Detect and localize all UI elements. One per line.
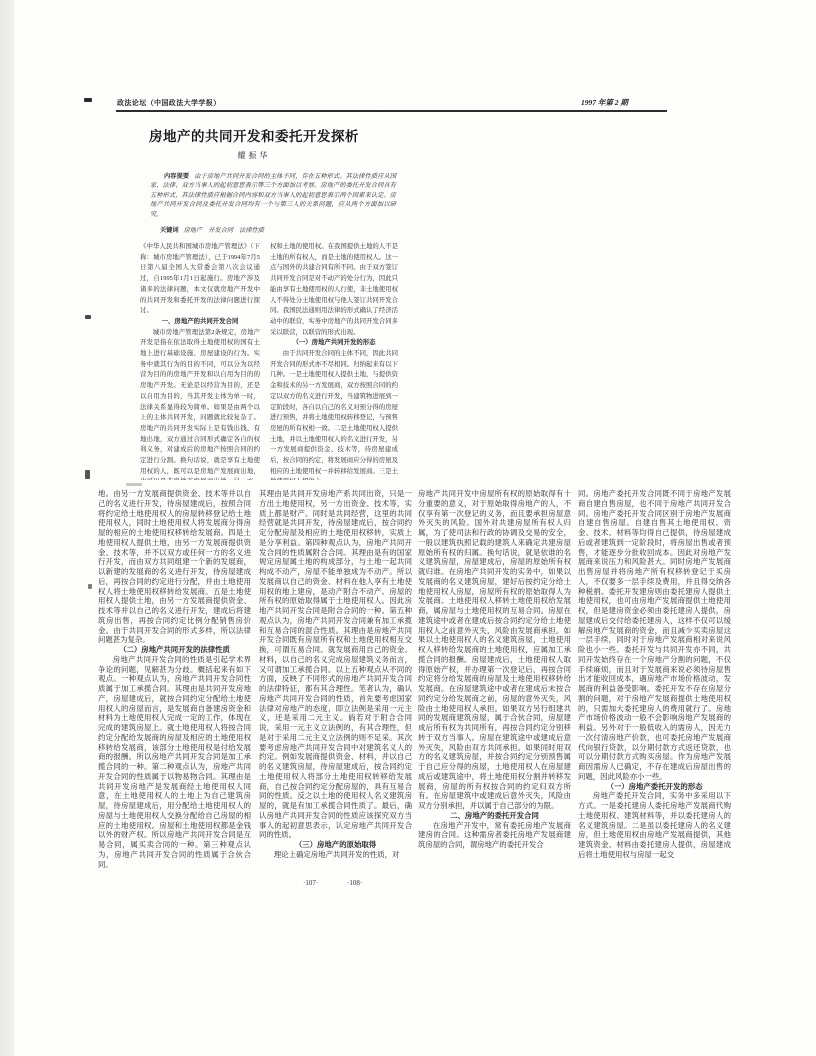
paragraph: 其理由是共同开发房地产系共同出资，只是一方出土地使用权，另一方出资金、技术等，实… bbox=[259, 489, 412, 840]
column-top-left: 《中华人民共和国城市房地产管理法》（下称：城市房地产管理法），已于1994年7月… bbox=[140, 242, 260, 480]
issue-label: 1997 年第 2 期 bbox=[581, 97, 628, 108]
keywords-block: 关键词房地产 开发合同 法律性质 bbox=[150, 226, 396, 235]
author-name: 耀振华 bbox=[96, 150, 412, 161]
column-bottom-4: 同。房地产委托开发合同既不同于房地产发展商自建自售房屋，也不同于房地产共同开发合… bbox=[578, 489, 731, 907]
abstract-block: 内容提要由于房地产共同开发合同的主体不同，存在五种形式。其法律性质应从国家、法律… bbox=[150, 172, 396, 219]
section-heading: 一、房地产的共同开发合同 bbox=[140, 317, 260, 328]
paragraph: 房地产共同开发中房屋所有权的原始取得有十分重要的意义，对于原始取得房地产的人，不… bbox=[418, 489, 571, 811]
paragraph: 《中华人民共和国城市房地产管理法》（下称：城市房地产管理法），已于1994年7月… bbox=[140, 242, 260, 317]
column-bottom-3: 房地产共同开发中房屋所有权的原始取得有十分重要的意义，对于原始取得房地产的人，不… bbox=[418, 489, 571, 907]
page-number-right: ·108· bbox=[347, 879, 362, 887]
paragraph: 由于共同开发合同的主体不同，因此共同开发合同的形式亦不尽相同。归纳起来有以下几种… bbox=[270, 349, 398, 480]
column-top-right: 权和土地的使用权。在我国提供土地的人不是土地的所有权人，而是土地的使用权人。这一… bbox=[270, 242, 398, 480]
scanned-page: 政法论坛（中国政法大学学报） 1997 年第 2 期 房地产的共同开发和委托开发… bbox=[0, 0, 816, 1056]
paragraph: 在房地产开发中，常有委托房地产发展商建房的合同。这种需房者委托房地产发展商建筑房… bbox=[418, 821, 571, 850]
article-title: 房地产的共同开发和委托开发探析 bbox=[96, 125, 412, 145]
abstract-label: 内容提要 bbox=[164, 173, 189, 180]
journal-name: 政法论坛（中国政法大学学报） bbox=[117, 98, 221, 108]
section-heading: （二）房地产共同开发的法律性质 bbox=[98, 645, 251, 655]
page-number-left: ·107· bbox=[303, 879, 318, 887]
paragraph: 房地产共同开发合同的性质是引起学术界争论的问题，见解甚为分歧。概括起来有如下观点… bbox=[98, 655, 251, 870]
scan-speck bbox=[88, 584, 92, 589]
paragraph: 理论上确定房地产共同开发的性质，对 bbox=[259, 850, 412, 860]
column-bottom-2: 其理由是共同开发房地产系共同出资，只是一方出土地使用权，另一方出资金、技术等，实… bbox=[259, 489, 412, 907]
paragraph: 地。由另一方发展商提供资金、技术等并以自己的名义进行开发，待房屋建成后，按照合同… bbox=[98, 489, 251, 645]
paragraph: 城市房地产管理法第2条规定，房地产开发是指在依法取得土地使用权的国有土地上进行基… bbox=[140, 328, 260, 480]
keywords-text: 房地产 开发合同 法律性质 bbox=[184, 227, 264, 234]
paragraph: 同。房地产委托开发合同既不同于房地产发展商自建自售房屋，也不同于房地产共同开发合… bbox=[578, 489, 731, 782]
header-rule bbox=[116, 110, 667, 112]
paragraph: 房地产委托开发合同，实务中多采用以下方式。一是委托建房人委托房地产发展商代购土地… bbox=[578, 791, 731, 859]
scan-speck bbox=[85, 315, 91, 319]
section-heading: （三）房地产的原始取得 bbox=[259, 840, 412, 850]
keywords-label: 关键词 bbox=[160, 227, 179, 234]
scan-smudge bbox=[126, 483, 142, 486]
section-heading: （一）房地产委托开发的形态 bbox=[578, 782, 731, 792]
scan-speck bbox=[85, 470, 90, 479]
column-bottom-1: 地。由另一方发展商提供资金、技术等并以自己的名义进行开发，待房屋建成后，按照合同… bbox=[98, 489, 251, 907]
section-heading: （一）房地产共同开发的形态 bbox=[270, 338, 398, 349]
scan-edge-shade bbox=[0, 0, 14, 1056]
scan-speck bbox=[84, 98, 92, 102]
section-heading: 二、房地产的委托开发合同 bbox=[418, 811, 571, 821]
paragraph: 权和土地的使用权。在我国提供土地的人不是土地的所有权人，而是土地的使用权人。这一… bbox=[270, 242, 398, 338]
